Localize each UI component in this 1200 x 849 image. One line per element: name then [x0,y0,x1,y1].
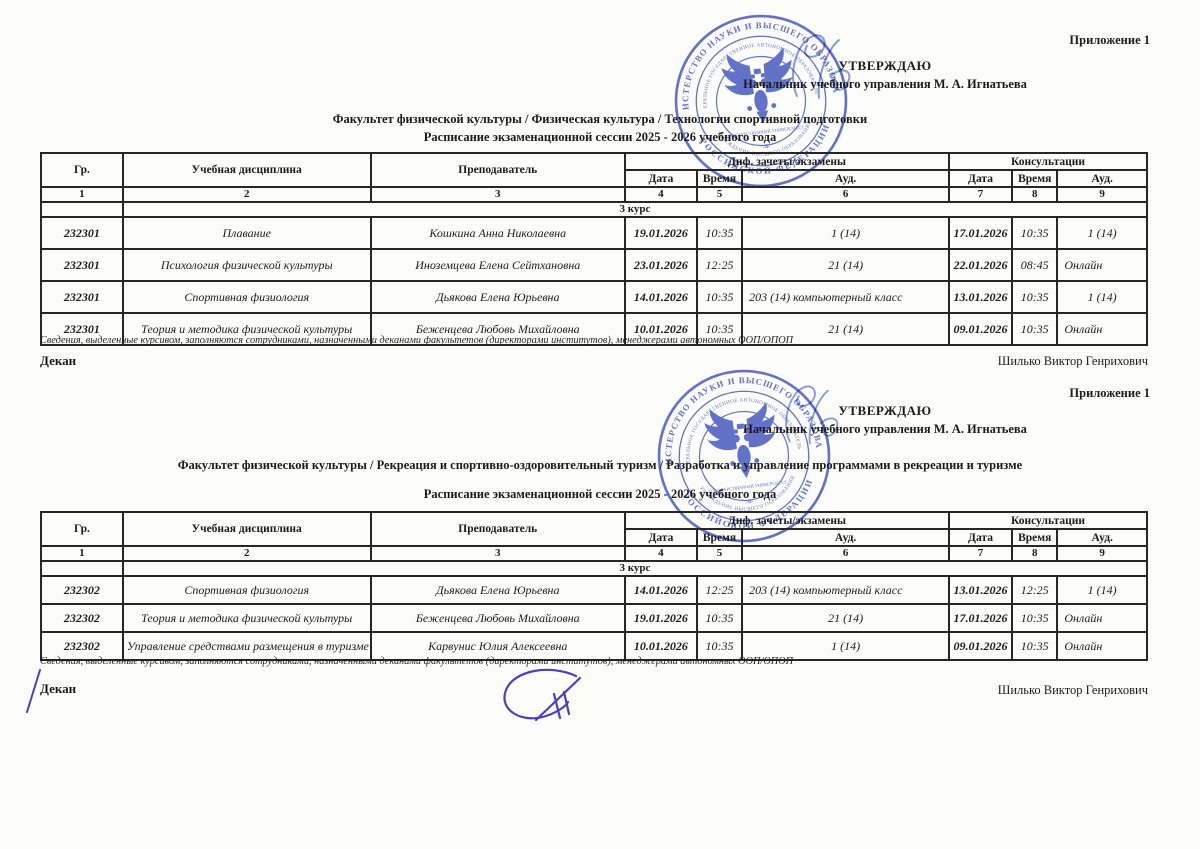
cell-consult-time: 08:45 [1012,249,1057,281]
cell-consult-room: Онлайн [1057,604,1147,632]
cell-group: 232301 [41,249,123,281]
col-num: 9 [1057,546,1147,561]
exam-schedule-table-2: Гр. Учебная дисциплина Преподаватель Диф… [40,511,1148,661]
header-discipline: Учебная дисциплина [123,512,371,546]
header-consult-room: Ауд. [1057,170,1147,187]
footnote: Сведения, выделенные курсивом, заполняют… [40,656,793,667]
cell-exam-date: 14.01.2026 [625,576,697,604]
cell-consult-time: 10:35 [1012,604,1057,632]
cell-consult-room: 1 (14) [1057,281,1147,313]
cell-consult-time: 10:35 [1012,632,1057,660]
table-row: 232301 Спортивная физиология Дьякова Еле… [41,281,1147,313]
cell-consult-room: 1 (14) [1057,217,1147,249]
cell-discipline: Спортивная физиология [123,576,371,604]
course-row: 3 курс [41,202,1147,217]
header-consult-room: Ауд. [1057,529,1147,546]
cell-consult-time: 10:35 [1012,217,1057,249]
scanned-schedule-document: Приложение 1 МИНИСТЕРСТВО НАУКИ И ВЫСШЕГ… [0,0,1200,849]
course-row: 3 курс [41,561,1147,576]
cell-group: 232301 [41,217,123,249]
cell-exam-room: 203 (14) компьютерный класс [742,281,949,313]
dean-name: Шилько Виктор Генрихович [998,683,1148,698]
header-discipline: Учебная дисциплина [123,153,371,187]
cell-exam-room: 203 (14) компьютерный класс [742,576,949,604]
header-exam-time: Время [697,170,742,187]
course-label: 3 курс [123,561,1147,576]
cell-group: 232301 [41,281,123,313]
cell-discipline: Спортивная физиология [123,281,371,313]
dean-name: Шилько Виктор Генрихович [998,354,1148,369]
pen-slash-mark [20,666,46,718]
cell-consult-date: 13.01.2026 [949,576,1012,604]
cell-consult-date: 09.01.2026 [949,632,1012,660]
header-group: Гр. [41,153,123,187]
cell-exam-room: 1 (14) [742,217,949,249]
dean-label: Декан [40,353,76,369]
header-exams: Диф. зачеты/экзамены [625,153,949,170]
header-exams: Диф. зачеты/экзамены [625,512,949,529]
cell-consult-date: 17.01.2026 [949,604,1012,632]
header-group: Гр. [41,512,123,546]
col-num: 1 [41,546,123,561]
cell-consult-time: 12:25 [1012,576,1057,604]
table-row: 232302 Теория и методика физической куль… [41,604,1147,632]
exam-schedule-table-1: Гр. Учебная дисциплина Преподаватель Диф… [40,152,1148,346]
cell-teacher: Дьякова Елена Юрьевна [371,576,625,604]
cell-teacher: Иноземцева Елена Сейтхановна [371,249,625,281]
cell-exam-room: 21 (14) [742,604,949,632]
cell-teacher: Беженцева Любовь Михайловна [371,604,625,632]
cell-consult-room: Онлайн [1057,249,1147,281]
column-number-row: 1 2 3 4 5 6 7 8 9 [41,546,1147,561]
cell-discipline: Плавание [123,217,371,249]
col-num: 6 [742,187,949,202]
cell-consult-room: Онлайн [1057,632,1147,660]
course-empty-cell [41,202,123,217]
col-num: 2 [123,546,371,561]
approve-heading: УТВЕРЖДАЮ [650,402,1120,420]
header-exam-room: Ауд. [742,529,949,546]
col-num: 1 [41,187,123,202]
col-num: 3 [371,187,625,202]
col-num: 8 [1012,546,1057,561]
footnote: Сведения, выделенные курсивом, заполняют… [40,335,793,346]
schedule-title: Расписание экзаменационной сессии 2025 -… [0,130,1200,145]
course-label: 3 курс [123,202,1147,217]
handwritten-signature [488,662,606,737]
col-num: 4 [625,546,697,561]
cell-exam-time: 12:25 [697,576,742,604]
col-num: 5 [697,546,742,561]
header-exam-date: Дата [625,529,697,546]
cell-exam-date: 14.01.2026 [625,281,697,313]
col-num: 2 [123,187,371,202]
cell-exam-date: 19.01.2026 [625,217,697,249]
faculty-title: Факультет физической культуры / Рекреаци… [0,458,1200,473]
cell-consult-date: 17.01.2026 [949,217,1012,249]
header-teacher: Преподаватель [371,153,625,187]
col-num: 3 [371,546,625,561]
header-consult-time: Время [1012,170,1057,187]
cell-consult-time: 10:35 [1012,281,1057,313]
cell-consult-time: 10:35 [1012,313,1057,345]
cell-teacher: Дьякова Елена Юрьевна [371,281,625,313]
col-num: 6 [742,546,949,561]
col-num: 9 [1057,187,1147,202]
header-exam-date: Дата [625,170,697,187]
cell-exam-room: 21 (14) [742,249,949,281]
header-consult-date: Дата [949,529,1012,546]
cell-teacher: Кошкина Анна Николаевна [371,217,625,249]
course-empty-cell [41,561,123,576]
header-consultations: Консультации [949,512,1147,529]
header-exam-room: Ауд. [742,170,949,187]
approve-signer: Начальник учебного управления М. А. Игна… [650,420,1120,438]
header-exam-time: Время [697,529,742,546]
cell-consult-date: 09.01.2026 [949,313,1012,345]
cell-group: 232302 [41,604,123,632]
cell-consult-date: 22.01.2026 [949,249,1012,281]
col-num: 5 [697,187,742,202]
table-row: 232302 Спортивная физиология Дьякова Еле… [41,576,1147,604]
approve-signer: Начальник учебного управления М. А. Игна… [650,75,1120,93]
approval-block: УТВЕРЖДАЮ Начальник учебного управления … [650,402,1120,438]
cell-exam-date: 19.01.2026 [625,604,697,632]
cell-consult-date: 13.01.2026 [949,281,1012,313]
schedule-title: Расписание экзаменационной сессии 2025 -… [0,487,1200,502]
appendix-label: Приложение 1 [1069,33,1150,48]
approve-heading: УТВЕРЖДАЮ [650,57,1120,75]
col-num: 4 [625,187,697,202]
column-number-row: 1 2 3 4 5 6 7 8 9 [41,187,1147,202]
col-num: 7 [949,546,1012,561]
cell-exam-time: 10:35 [697,281,742,313]
table-row: 232301 Плавание Кошкина Анна Николаевна … [41,217,1147,249]
cell-discipline: Теория и методика физической культуры [123,604,371,632]
table-row: 232301 Психология физической культуры Ин… [41,249,1147,281]
cell-exam-time: 10:35 [697,604,742,632]
col-num: 7 [949,187,1012,202]
header-consultations: Консультации [949,153,1147,170]
faculty-title: Факультет физической культуры / Физическ… [0,112,1200,127]
cell-group: 232302 [41,576,123,604]
cell-exam-time: 12:25 [697,249,742,281]
cell-exam-date: 23.01.2026 [625,249,697,281]
header-consult-time: Время [1012,529,1057,546]
col-num: 8 [1012,187,1057,202]
cell-exam-time: 10:35 [697,217,742,249]
header-consult-date: Дата [949,170,1012,187]
cell-discipline: Психология физической культуры [123,249,371,281]
header-teacher: Преподаватель [371,512,625,546]
cell-consult-room: 1 (14) [1057,576,1147,604]
approval-block: УТВЕРЖДАЮ Начальник учебного управления … [650,57,1120,93]
appendix-label: Приложение 1 [1069,386,1150,401]
cell-consult-room: Онлайн [1057,313,1147,345]
